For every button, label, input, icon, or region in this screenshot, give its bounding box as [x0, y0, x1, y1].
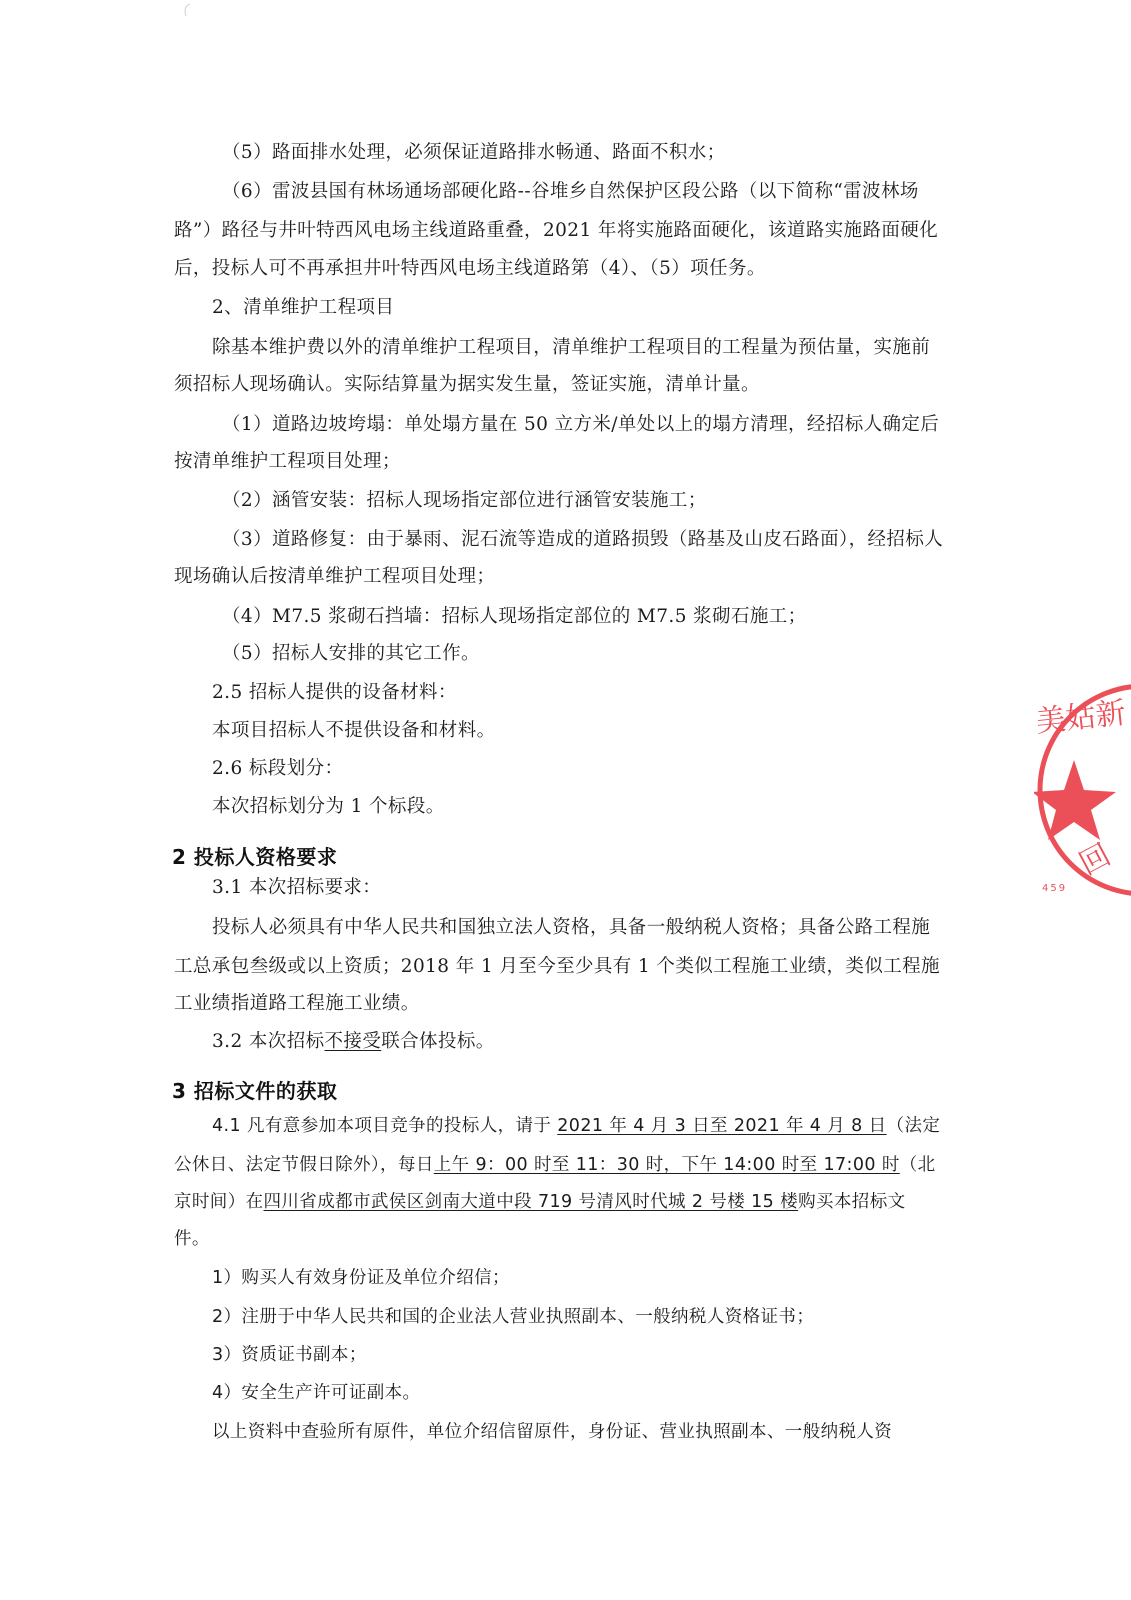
paragraph-line: （5）路面排水处理，必须保证道路排水畅通、路面不积水； — [222, 141, 994, 165]
paragraph-line: 3.2 本次招标不接受联合体投标。 — [212, 1030, 984, 1054]
paragraph-line: 投标人必须具有中华人民共和国独立法人资格，具备一般纳税人资格；具备公路工程施 — [212, 916, 984, 940]
paragraph-line: （1）道路边坡垮塌：单处塌方量在 50 立方米/单处以上的塌方清理，经招标人确定… — [222, 413, 994, 437]
paragraph-line: 本项目招标人不提供设备和材料。 — [212, 719, 984, 743]
paragraph-line: 京时间）在四川省成都市武侯区剑南大道中段 719 号清风时代城 2 号楼 15 … — [174, 1190, 946, 1214]
section-subtitle: 2.6 标段划分： — [212, 757, 984, 781]
paragraph-line: 按清单维护工程项目处理； — [174, 450, 946, 474]
section-subtitle: 2.5 招标人提供的设备材料： — [212, 681, 984, 705]
underlined-address: 四川省成都市武侯区剑南大道中段 719 号清风时代城 2 号楼 15 楼 — [264, 1192, 799, 1212]
paragraph-line: 件。 — [174, 1227, 946, 1251]
text-segment: 联合体投标。 — [381, 1031, 494, 1052]
list-item: 1）购买人有效身份证及单位介绍信； — [212, 1266, 984, 1290]
paragraph-line: （6）雷波县国有林场通场部硬化路--谷堆乡自然保护区段公路（以下简称“雷波林场 — [222, 180, 994, 204]
section-heading-bidder-qualifications: 2 投标人资格要求 — [172, 841, 337, 870]
paragraph-line: 以上资料中查验所有原件，单位介绍信留原件，身份证、营业执照副本、一般纳税人资 — [212, 1420, 984, 1444]
paragraph-line: 4.1 凡有意参加本项目竞争的投标人，请于 2021 年 4 月 3 日至 20… — [212, 1114, 984, 1138]
official-seal-stamp: 美姑新 回 459 — [1034, 680, 1131, 900]
text-segment: 公休日、法定节假日除外），每日 — [174, 1155, 434, 1175]
underlined-text: 不接受 — [325, 1031, 382, 1052]
paragraph-line: （2）涵管安装：招标人现场指定部位进行涵管安装施工； — [222, 489, 994, 513]
section-subtitle: 3.1 本次招标要求： — [212, 876, 984, 900]
text-segment: （法定 — [887, 1116, 941, 1136]
section-heading-obtaining-documents: 3 招标文件的获取 — [172, 1075, 337, 1104]
scan-artifact-mark — [183, 3, 191, 17]
document-page: （5）路面排水处理，必须保证道路排水畅通、路面不积水； （6）雷波县国有林场通场… — [0, 0, 1131, 1600]
paragraph-line: 后，投标人可不再承担井叶特西风电场主线道路第（4）、（5）项任务。 — [174, 257, 946, 281]
underlined-date-range: 2021 年 4 月 3 日至 2021 年 4 月 8 日 — [557, 1116, 886, 1136]
text-segment: 购买本招标文 — [798, 1192, 905, 1212]
paragraph-line: （4）M7.5 浆砌石挡墙：招标人现场指定部位的 M7.5 浆砌石施工； — [222, 605, 994, 629]
paragraph-line: （3）道路修复：由于暴雨、泥石流等造成的道路损毁（路基及山皮石路面），经招标人 — [222, 528, 994, 552]
text-segment: 4.1 凡有意参加本项目竞争的投标人，请于 — [212, 1116, 557, 1136]
underlined-hours: 上午 9：00 时至 11：30 时，下午 14:00 时至 17:00 时 — [434, 1155, 900, 1175]
stamp-number: 459 — [1042, 883, 1067, 894]
text-segment: 京时间）在 — [174, 1192, 264, 1212]
list-item: 4）安全生产许可证副本。 — [212, 1381, 984, 1405]
list-item: 3）资质证书副本； — [212, 1343, 984, 1367]
paragraph-line: 路”）路径与井叶特西风电场主线道路重叠，2021 年将实施路面硬化，该道路实施路… — [174, 219, 946, 243]
paragraph-line: 工总承包叁级或以上资质；2018 年 1 月至今至少具有 1 个类似工程施工业绩… — [174, 955, 946, 979]
paragraph-line: 工业绩指道路工程施工业绩。 — [174, 992, 946, 1016]
section-subtitle: 2、清单维护工程项目 — [212, 296, 984, 320]
list-item: 2）注册于中华人民共和国的企业法人营业执照副本、一般纳税人资格证书； — [212, 1305, 984, 1329]
paragraph-line: 须招标人现场确认。实际结算量为据实发生量，签证实施，清单计量。 — [174, 373, 946, 397]
stamp-text: 美姑新 — [1034, 697, 1127, 739]
paragraph-line: （5）招标人安排的其它工作。 — [222, 642, 994, 666]
paragraph-line: 现场确认后按清单维护工程项目处理； — [174, 565, 946, 589]
paragraph-line: 本次招标划分为 1 个标段。 — [212, 795, 984, 819]
paragraph-line: 除基本维护费以外的清单维护工程项目，清单维护工程项目的工程量为预估量，实施前 — [212, 336, 984, 360]
text-segment: （北 — [900, 1155, 936, 1175]
text-segment: 3.2 本次招标 — [212, 1031, 325, 1052]
paragraph-line: 公休日、法定节假日除外），每日上午 9：00 时至 11：30 时，下午 14:… — [174, 1153, 946, 1177]
